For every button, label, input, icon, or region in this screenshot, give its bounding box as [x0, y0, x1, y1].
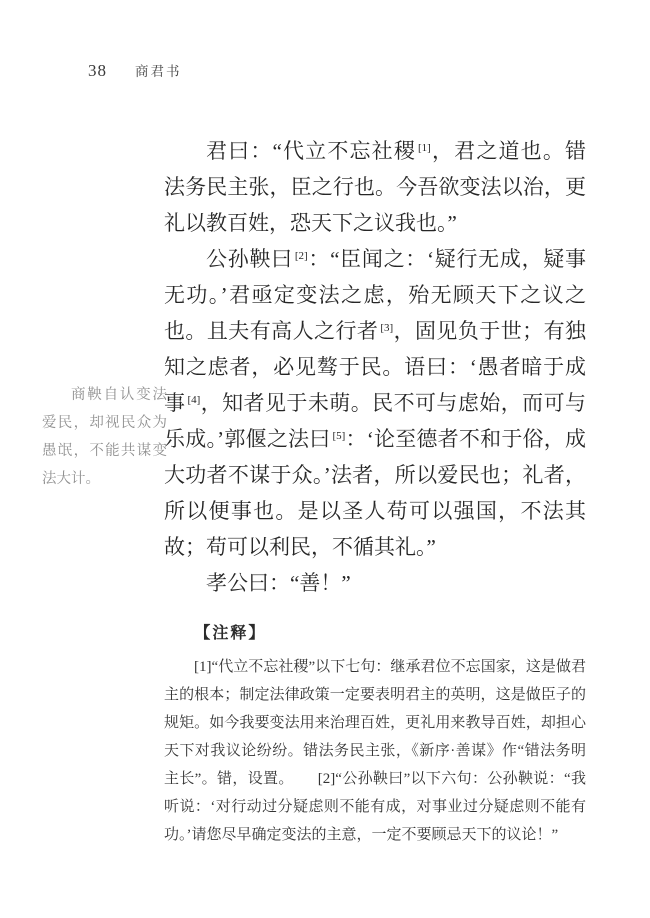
annotations-section: 【注释】 [1]“代立不忘社稷”以下七句：继承君位不忘国家，这是做君主的根本；制… [164, 620, 586, 849]
page-number: 38 [88, 61, 107, 81]
note-ref-1: [1] [418, 142, 431, 154]
paragraph-3: 孝公曰：“善！” [164, 565, 586, 601]
paragraph-1: 君曰：“代立不忘社稷[1]，君之道也。错法务民主张，臣之行也。今吾欲变法以治，更… [164, 133, 586, 241]
main-text-block: 君曰：“代立不忘社稷[1]，君之道也。错法务民主张，臣之行也。今吾欲变法以治，更… [164, 133, 586, 601]
annotation-1: [1]“代立不忘社稷”以下七句：继承君位不忘国家，这是做君主的根本；制定法律政策… [164, 659, 586, 787]
annotations-heading: 【注释】 [164, 620, 586, 643]
book-title: 商君书 [135, 60, 182, 80]
annotations-body: [1]“代立不忘社稷”以下七句：继承君位不忘国家，这是做君主的根本；制定法律政策… [164, 653, 586, 849]
page-header: 38 商君书 [88, 60, 182, 81]
text-run: 君曰：“代立不忘社稷 [206, 139, 416, 163]
note-ref-4: [4] [187, 394, 200, 406]
note-ref-3: [3] [380, 322, 393, 334]
text-run: 公孙鞅曰 [206, 247, 293, 271]
note-ref-5: [5] [333, 430, 346, 442]
margin-annotation: 商鞅自认变法爱民，却视民众为愚氓，不能共谋变法大计。 [42, 381, 167, 493]
paragraph-2: 公孙鞅曰[2]：“臣闻之：‘疑行无成，疑事无功。’君亟定变法之虑，殆无顾天下之议… [164, 241, 586, 565]
note-ref-2: [2] [295, 250, 308, 262]
